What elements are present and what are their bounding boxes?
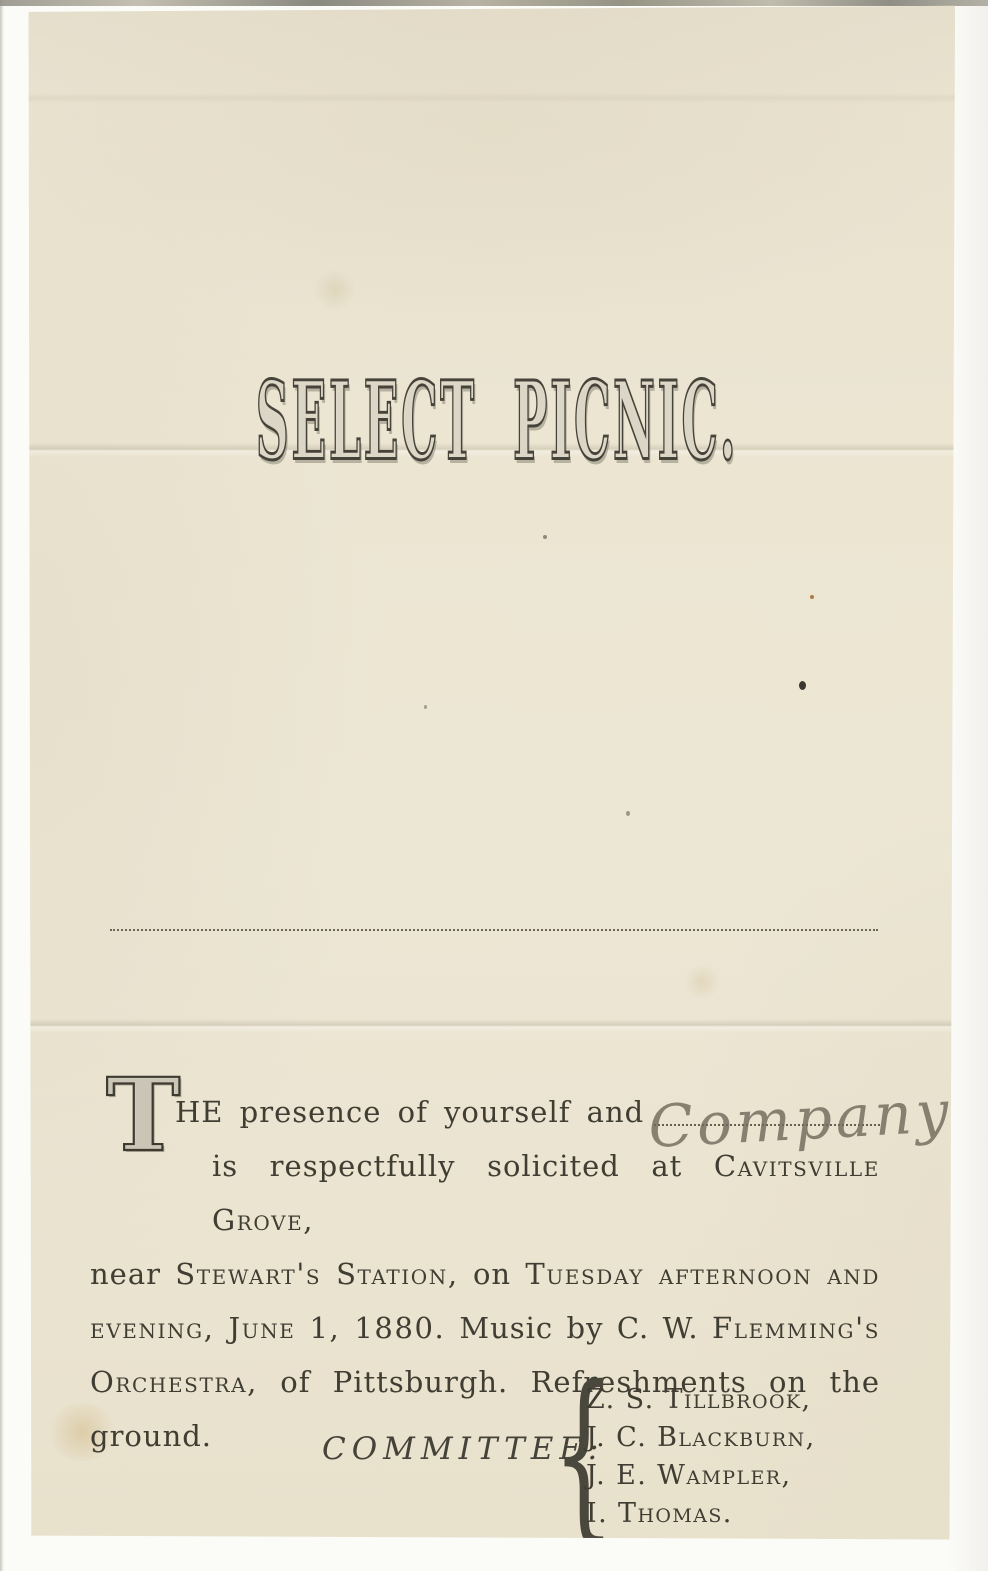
scan-edge-strip <box>0 0 988 6</box>
invitation-line-4: evening, June 1, 1880. Music by C. W. Fl… <box>90 1301 880 1355</box>
committee-member: J. E. Wampler, <box>586 1457 816 1495</box>
ink-speck <box>543 535 547 539</box>
invitation-paper: SELECT PICNIC. T HE presence of yourself… <box>22 5 956 1541</box>
ink-speck <box>799 681 806 690</box>
ink-speck <box>424 705 427 709</box>
scanned-document-background: SELECT PICNIC. T HE presence of yourself… <box>0 0 988 1571</box>
handwritten-entry: Company <box>647 1084 954 1154</box>
committee-members-list: Z. S. Tillbrook, J. C. Blackburn, J. E. … <box>586 1381 816 1533</box>
text-segment: is respectfully solicited at <box>212 1149 714 1183</box>
text-segment: HE presence of yourself and <box>175 1085 644 1139</box>
document-title: SELECT PICNIC. <box>256 357 738 484</box>
invitation-line-3: near Stewart's Station, on Tuesday after… <box>90 1247 880 1301</box>
committee-member: Z. S. Tillbrook, <box>586 1381 816 1419</box>
text-segment: Tuesday afternoon and <box>525 1257 880 1291</box>
invitation-line-2: is respectfully solicited at Cavitsville… <box>90 1139 880 1247</box>
invitation-line-1: HE presence of yourself and Company <box>175 1085 880 1139</box>
paper-stain <box>682 965 722 999</box>
fold-crease-lower <box>22 1019 956 1033</box>
text-segment: Orchestra, <box>90 1365 258 1399</box>
text-segment: Music by C. W. <box>459 1311 712 1345</box>
committee-member: I. Thomas. <box>586 1495 816 1533</box>
fold-crease-top <box>22 93 956 103</box>
paper-stain <box>312 270 358 310</box>
text-segment: Stewart's Station, <box>175 1257 458 1291</box>
text-segment: evening, June 1, 1880. <box>90 1311 459 1345</box>
text-segment: Flemming's <box>712 1311 880 1345</box>
text-segment: on <box>459 1257 526 1291</box>
fill-in-blank: Company <box>654 1124 880 1126</box>
fill-in-rule <box>110 929 878 931</box>
ink-speck <box>626 811 630 816</box>
ink-speck <box>810 595 814 599</box>
dropcap-initial: T <box>106 1065 181 1165</box>
committee-block: COMMITTEE: { Z. S. Tillbrook, J. C. Blac… <box>322 1381 882 1541</box>
text-segment: near <box>90 1257 175 1291</box>
committee-member: J. C. Blackburn, <box>586 1419 816 1457</box>
